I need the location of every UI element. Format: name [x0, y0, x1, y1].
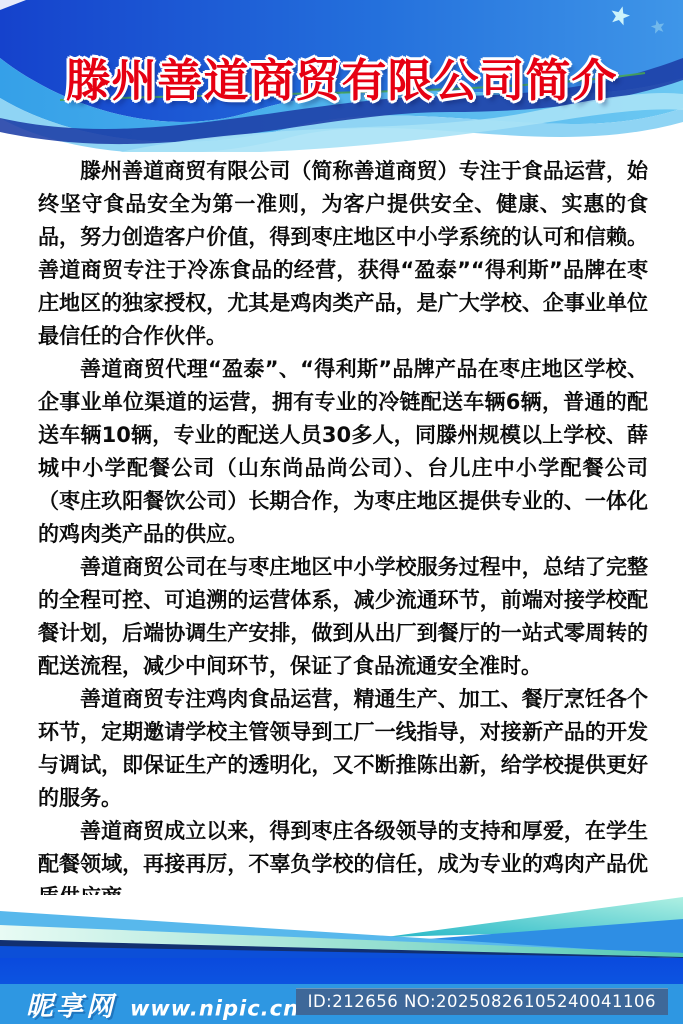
page-title: 滕州善道商贸有限公司简介 — [0, 44, 683, 109]
paragraph-brand-agency: 善道商贸代理“盈泰”、“得利斯”品牌产品在枣庄地区学校、企事业单位渠道的运营，拥… — [38, 353, 648, 551]
poster-page: 滕州善道商贸有限公司简介 滕州善道商贸有限公司（简称善道商贸）专注于食品运营，始… — [0, 0, 683, 1024]
body-text: 滕州善道商贸有限公司（简称善道商贸）专注于食品运营，始终坚守食品安全为第一准则，… — [38, 155, 648, 914]
bottom-bar: 昵享网 www.nipic.cn ID:212656 NO:2025082610… — [0, 958, 683, 1024]
paragraph-chicken-food: 善道商贸专注鸡肉食品运营，精通生产、加工、餐厅烹饪各个环节，定期邀请学校主管领导… — [38, 683, 648, 815]
paragraph-company-intro: 滕州善道商贸有限公司（简称善道商贸）专注于食品运营，始终坚守食品安全为第一准则，… — [38, 155, 648, 353]
bottom-light-strip: 昵享网 www.nipic.cn ID:212656 NO:2025082610… — [0, 984, 683, 1024]
paragraph-operation-system: 善道商贸公司在与枣庄地区中小学校服务过程中，总结了完整的全程可控、可追溯的运营体… — [38, 551, 648, 683]
footer-wave-graphic — [0, 895, 683, 958]
watermark-logo: 昵享网 — [26, 985, 116, 1024]
watermark: 昵享网 www.nipic.cn — [26, 985, 299, 1024]
bottom-royal-strip — [0, 958, 683, 984]
id-badge: ID:212656 NO:20250826105240041106 — [296, 988, 668, 1015]
watermark-url: www.nipic.cn — [130, 997, 299, 1021]
